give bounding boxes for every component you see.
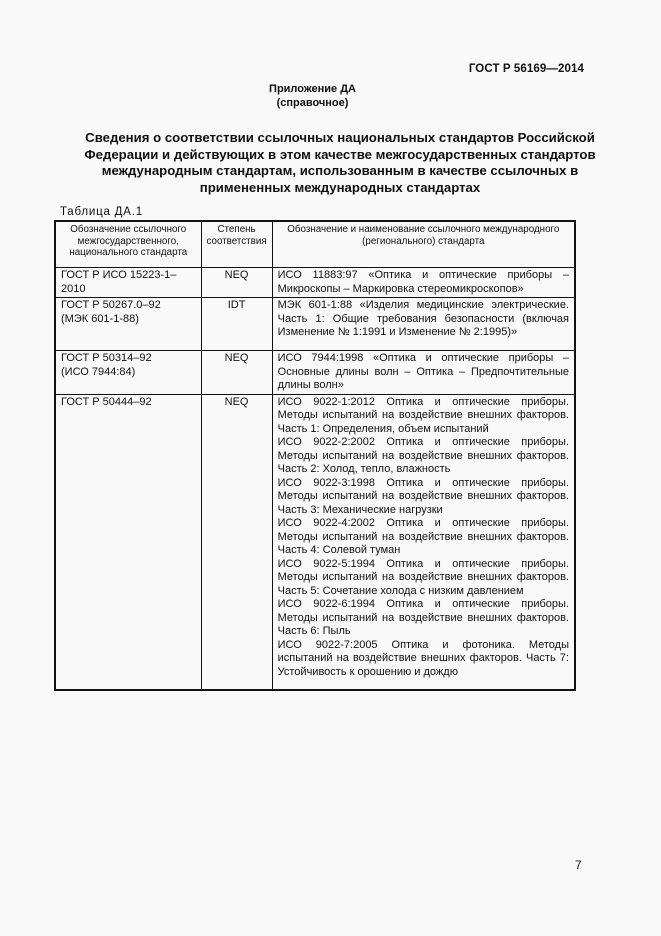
national-standard-line: ГОСТ Р 50267.0–92: [61, 299, 196, 313]
table-row: ГОСТ Р 50444–92 NEQ ИСО 9022-1:2012 Опти…: [55, 394, 575, 690]
national-standard-line: ГОСТ Р 50314–92: [61, 352, 196, 366]
column-header-degree: Степень соответствия: [201, 221, 272, 268]
international-standard-entry: ИСО 9022-3:1998 Оптика и оптические приб…: [278, 477, 569, 518]
international-standard-entry: ИСО 9022-5:1994 Оптика и оптические приб…: [278, 558, 569, 599]
national-standard-line: ГОСТ Р 50444–92: [61, 396, 196, 410]
degree-cell: IDT: [201, 298, 272, 351]
standards-correspondence-table: Обозначение ссылочного межгосударственно…: [54, 220, 576, 691]
national-standard-cell: ГОСТ Р ИСО 15223-1–2010: [55, 268, 201, 298]
annex-subtitle: (справочное): [0, 96, 625, 110]
international-standard-entry: ИСО 9022-1:2012 Оптика и оптические приб…: [278, 396, 569, 437]
international-standard-entry: ИСО 9022-7:2005 Оптика и фотоника. Метод…: [278, 639, 569, 680]
section-heading: Сведения о соответствии ссылочных национ…: [80, 130, 600, 196]
degree-cell: NEQ: [201, 351, 272, 395]
annex-title: Приложение ДА: [0, 82, 625, 96]
national-standard-cell: ГОСТ Р 50444–92: [55, 394, 201, 690]
document-code: ГОСТ Р 56169—2014: [469, 63, 584, 75]
annex-title-block: Приложение ДА (справочное): [0, 82, 625, 110]
degree-cell: NEQ: [201, 268, 272, 298]
international-standard-entry: ИСО 11883:97 «Оптика и оптические прибор…: [278, 269, 569, 296]
international-standard-entry: ИСО 7944:1998 «Оптика и оптические прибо…: [278, 352, 569, 393]
table-header-row: Обозначение ссылочного межгосударственно…: [55, 221, 575, 268]
international-standard-entry: ИСО 9022-2:2002 Оптика и оптические приб…: [278, 436, 569, 477]
international-standard-cell: ИСО 11883:97 «Оптика и оптические прибор…: [272, 268, 575, 298]
international-standard-cell: ИСО 9022-1:2012 Оптика и оптические приб…: [272, 394, 575, 690]
national-standard-line: ГОСТ Р ИСО 15223-1–2010: [61, 269, 196, 296]
national-standard-cell: ГОСТ Р 50314–92 (ИСО 7944:84): [55, 351, 201, 395]
table-row: ГОСТ Р ИСО 15223-1–2010 NEQ ИСО 11883:97…: [55, 268, 575, 298]
national-standard-cell: ГОСТ Р 50267.0–92 (МЭК 601-1-88): [55, 298, 201, 351]
column-header-national-standard: Обозначение ссылочного межгосударственно…: [55, 221, 201, 268]
international-standard-entry: ИСО 9022-6:1994 Оптика и оптические приб…: [278, 598, 569, 639]
page-number: 7: [575, 858, 582, 872]
international-standard-cell: ИСО 7944:1998 «Оптика и оптические прибо…: [272, 351, 575, 395]
table-caption: Таблица ДА.1: [60, 206, 143, 218]
table-row: ГОСТ Р 50267.0–92 (МЭК 601-1-88) IDT МЭК…: [55, 298, 575, 351]
international-standard-entry: ИСО 9022-4:2002 Оптика и оптические приб…: [278, 517, 569, 558]
degree-cell: NEQ: [201, 394, 272, 690]
international-standard-cell: МЭК 601-1:88 «Изделия медицинские электр…: [272, 298, 575, 351]
international-standard-entry: МЭК 601-1:88 «Изделия медицинские электр…: [278, 299, 569, 340]
national-standard-line: (МЭК 601-1-88): [61, 313, 196, 327]
national-standard-line: (ИСО 7944:84): [61, 366, 196, 380]
column-header-international-standard: Обозначение и наименование ссылочного ме…: [272, 221, 575, 268]
table-row: ГОСТ Р 50314–92 (ИСО 7944:84) NEQ ИСО 79…: [55, 351, 575, 395]
